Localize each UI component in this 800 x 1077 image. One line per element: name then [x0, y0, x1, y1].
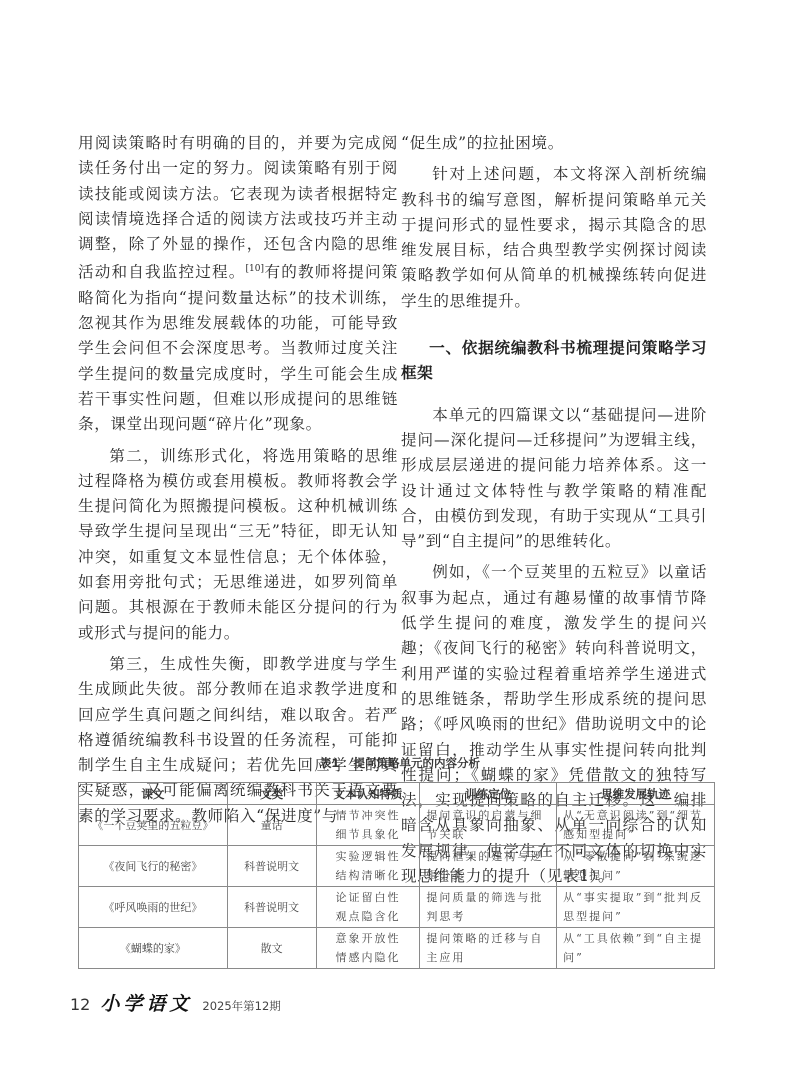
- table-caption-number: 表1: [320, 756, 340, 770]
- column-header: 思维发展轨迹: [557, 783, 715, 805]
- table-row: 《蝴蝶的家》 散文 意象开放性情感内隐化 提问策略的迁移与自主应用 从“工具依赖…: [79, 928, 715, 969]
- body-paragraph: “促生成”的拉扯困境。: [401, 131, 707, 156]
- trait: 细节具象化: [323, 825, 414, 844]
- right-column: “促生成”的拉扯困境。 针对上述问题，本文将深入剖析统编教科书的编写意图，解析提…: [401, 131, 707, 889]
- cell-traits: 情节冲突性细节具象化: [316, 805, 420, 846]
- paragraph-text: 用阅读策略时有明确的目的，并要为完成阅读任务付出一定的努力。阅读策略有别于阅读技…: [78, 134, 398, 281]
- cell-training: 提问框架的建构与逻辑分类: [420, 846, 557, 887]
- page-number: 12: [70, 995, 90, 1014]
- cell-genre: 科普说明文: [227, 887, 316, 928]
- cell-text-title: 《一个豆荚里的五粒豆》: [79, 805, 228, 846]
- body-paragraph: 用阅读策略时有明确的目的，并要为完成阅读任务付出一定的努力。阅读策略有别于阅读技…: [78, 131, 398, 438]
- section-heading: 一、依据统编教科书梳理提问策略学习框架: [401, 336, 707, 387]
- cell-trajectory: 从“零散提问”到“系统逻辑型提问”: [557, 846, 715, 887]
- cell-trajectory: 从“无意识阅读”到“细节感知型提问”: [557, 805, 715, 846]
- table-row: 《夜间飞行的秘密》 科普说明文 实验逻辑性结构清晰化 提问框架的建构与逻辑分类 …: [79, 846, 715, 887]
- trait: 情节冲突性: [323, 806, 414, 825]
- body-paragraph: 本单元的四篇课文以“基础提问—进阶提问—深化提问—迁移提问”为逻辑主线，形成层层…: [401, 403, 707, 555]
- table-caption: 表1提问策略单元的内容分析: [0, 755, 800, 771]
- cell-genre: 童话: [227, 805, 316, 846]
- column-header: 训练定位: [420, 783, 557, 805]
- content-analysis-table: 课文 文类 文本认知特质 训练定位 思维发展轨迹 《一个豆荚里的五粒豆》 童话 …: [78, 782, 715, 969]
- cell-trajectory: 从“工具依赖”到“自主提问”: [557, 928, 715, 969]
- page-footer: 12 小学语文 2025年第12期: [70, 989, 281, 1016]
- cell-text-title: 《呼风唤雨的世纪》: [79, 887, 228, 928]
- cell-training: 提问意识的启蒙与细节关联: [420, 805, 557, 846]
- column-header: 文本认知特质: [316, 783, 420, 805]
- table-caption-title: 提问策略单元的内容分析: [354, 756, 481, 770]
- column-header: 课文: [79, 783, 228, 805]
- table-row: 《呼风唤雨的世纪》 科普说明文 论证留白性观点隐含化 提问质量的筛选与批判思考 …: [79, 887, 715, 928]
- cell-traits: 意象开放性情感内隐化: [316, 928, 420, 969]
- trait: 观点隐含化: [323, 907, 414, 926]
- trait: 情感内隐化: [323, 948, 414, 967]
- cell-traits: 实验逻辑性结构清晰化: [316, 846, 420, 887]
- cell-genre: 科普说明文: [227, 846, 316, 887]
- cell-text-title: 《蝴蝶的家》: [79, 928, 228, 969]
- table-header-row: 课文 文类 文本认知特质 训练定位 思维发展轨迹: [79, 783, 715, 805]
- cell-trajectory: 从“事实提取”到“批判反思型提问”: [557, 887, 715, 928]
- column-header: 文类: [227, 783, 316, 805]
- body-paragraph: 第二，训练形式化，将选用策略的思维过程降格为模仿或套用模板。教师将教会学生提问简…: [78, 444, 398, 646]
- magazine-logo: 小学语文: [100, 989, 192, 1016]
- body-paragraph: 针对上述问题，本文将深入剖析统编教科书的编写意图，解析提问策略单元关于提问形式的…: [401, 162, 707, 314]
- cell-text-title: 《夜间飞行的秘密》: [79, 846, 228, 887]
- cell-training: 提问质量的筛选与批判思考: [420, 887, 557, 928]
- paragraph-text: 有的教师将提问策略简化为指向“提问数量达标”的技术训练，忽视其作为思维发展载体的…: [78, 263, 398, 433]
- trait: 论证留白性: [323, 888, 414, 907]
- trait: 结构清晰化: [323, 866, 414, 885]
- trait: 实验逻辑性: [323, 847, 414, 866]
- issue-label: 2025年第12期: [202, 998, 280, 1014]
- cell-training: 提问策略的迁移与自主应用: [420, 928, 557, 969]
- left-column: 用阅读策略时有明确的目的，并要为完成阅读任务付出一定的努力。阅读策略有别于阅读技…: [78, 131, 398, 829]
- cell-genre: 散文: [227, 928, 316, 969]
- cell-traits: 论证留白性观点隐含化: [316, 887, 420, 928]
- citation-marker: [10]: [246, 264, 264, 274]
- table-row: 《一个豆荚里的五粒豆》 童话 情节冲突性细节具象化 提问意识的启蒙与细节关联 从…: [79, 805, 715, 846]
- trait: 意象开放性: [323, 929, 414, 948]
